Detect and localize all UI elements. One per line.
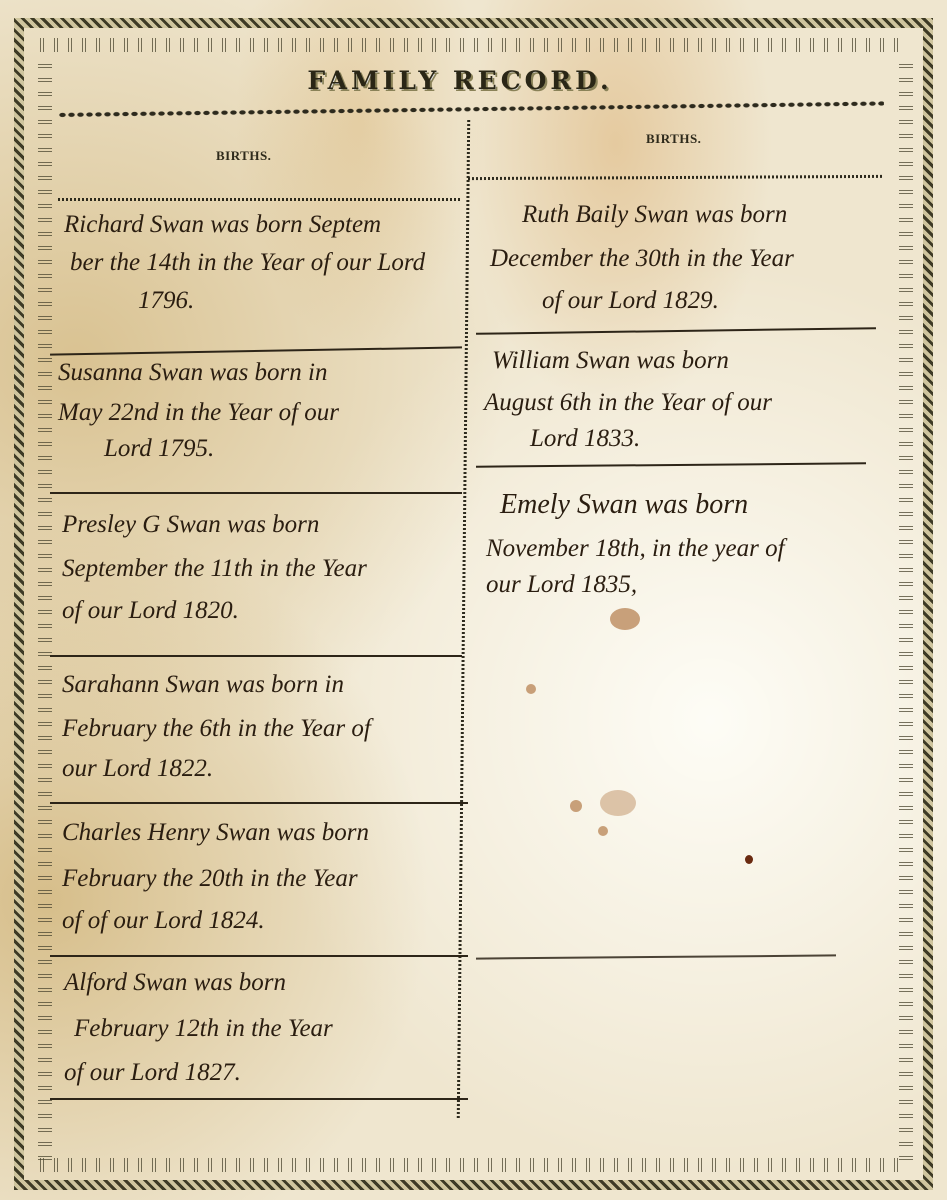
birth-entry-william: William Swan was born August 6th in the … bbox=[484, 336, 772, 464]
border-fringe-top bbox=[40, 38, 907, 52]
entry-line: of our Lord 1827. bbox=[64, 1048, 333, 1098]
entry-rule bbox=[50, 802, 468, 804]
entry-rule bbox=[50, 492, 462, 494]
entry-line: Alford Swan was born bbox=[64, 958, 333, 1008]
birth-entry-emely: Emely Swan was born November 18th, in th… bbox=[486, 480, 785, 610]
stain bbox=[600, 790, 636, 816]
entry-line: Emely Swan was born bbox=[486, 480, 785, 530]
birth-entry-charles: Charles Henry Swan was born February the… bbox=[62, 808, 369, 946]
border-fringe-bottom bbox=[40, 1158, 907, 1172]
page-title: FAMILY RECORD. bbox=[270, 66, 650, 95]
birth-entry-richard: Richard Swan was born Septem ber the 14t… bbox=[64, 200, 425, 326]
stain bbox=[598, 826, 608, 836]
right-column-heading: BIRTHS. bbox=[646, 131, 701, 147]
entry-rule bbox=[50, 655, 462, 657]
family-record-page: FAMILY RECORD. BIRTHS. BIRTHS. Richard S… bbox=[0, 0, 947, 1200]
stain bbox=[745, 855, 753, 864]
entry-line: Ruth Baily Swan was born bbox=[490, 190, 794, 240]
entry-line: February 12th in the Year bbox=[64, 1004, 333, 1054]
entry-rule bbox=[50, 955, 468, 957]
entry-line: Sarahann Swan was born in bbox=[62, 660, 371, 710]
entry-line: Charles Henry Swan was born bbox=[62, 808, 369, 858]
border-fringe-right bbox=[899, 60, 913, 1160]
birth-entry-alford: Alford Swan was born February 12th in th… bbox=[64, 958, 333, 1098]
stain bbox=[610, 608, 640, 630]
entry-rule bbox=[50, 1098, 468, 1100]
birth-entry-presley: Presley G Swan was born September the 11… bbox=[62, 500, 367, 636]
entry-line: ber the 14th in the Year of our Lord bbox=[64, 238, 425, 288]
stain bbox=[526, 684, 536, 694]
left-column-heading: BIRTHS. bbox=[216, 148, 271, 164]
birth-entry-sarahann: Sarahann Swan was born in February the 6… bbox=[62, 660, 371, 794]
birth-entry-susanna: Susanna Swan was born in May 22nd in the… bbox=[58, 348, 339, 474]
border-fringe-left bbox=[38, 60, 52, 1160]
stain bbox=[570, 800, 582, 812]
entry-line: Presley G Swan was born bbox=[62, 500, 367, 550]
birth-entry-ruth: Ruth Baily Swan was born December the 30… bbox=[490, 190, 794, 326]
